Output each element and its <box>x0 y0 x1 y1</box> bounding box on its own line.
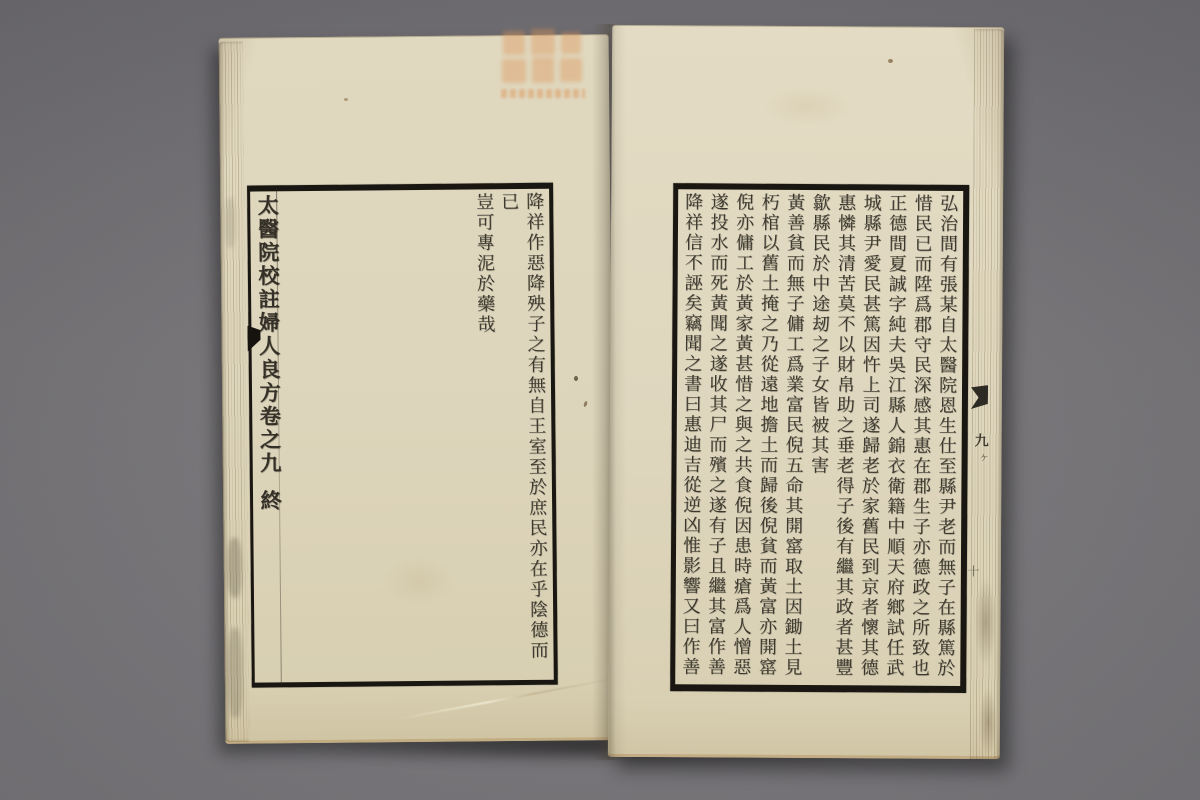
edge-stain <box>979 687 997 757</box>
left-page: 降祥作惡降殃子之有無自王室至於庶民亦在乎陰德而已 豈可專泥於藥哉 太醫院校註婦人… <box>219 34 616 744</box>
left-page-columns: 降祥作惡降殃子之有無自王室至於庶民亦在乎陰德而已 豈可專泥於藥哉 太醫院校註婦人… <box>250 189 554 683</box>
bleedthrough-smudge <box>227 628 243 718</box>
text-column: 降祥作惡降殃子之有無自王室至於庶民亦在乎陰德而已 <box>496 192 551 677</box>
text-column: 惜民已而陞爲郡守民深感其惠在郡生子亦德政之所致也 <box>906 194 934 683</box>
bleedthrough-smudge <box>227 538 242 598</box>
folio-number-ten: 十 <box>965 565 982 577</box>
text-column: 倪亦傭工於黃家黃甚惜之與之共食倪因患時瘡爲人憎惡 <box>728 193 756 682</box>
bleedthrough-smudge <box>225 198 235 248</box>
paper-speck <box>574 376 578 381</box>
left-text-frame: 降祥作惡降殃子之有無自王室至於庶民亦在乎陰德而已 豈可專泥於藥哉 太醫院校註婦人… <box>247 183 558 688</box>
right-page-columns: 弘治間有張某自太醫院恩生仕至縣尹老而無子在縣篤於 惜民已而陞爲郡守民深感其惠在郡… <box>675 189 963 686</box>
text-column: 歙縣民於中途刼之子女皆被其害 <box>804 193 832 682</box>
text-column: 黃善貧而無子傭工爲業富民倪五命其開窰取土因鋤土見 <box>779 193 807 682</box>
text-column: 朽棺以舊土掩之乃從遠地擔土而歸後倪貧而黃富亦開窰 <box>753 193 781 682</box>
paper-speck <box>888 59 893 63</box>
text-column: 豈可專泥於藥哉 <box>471 192 501 677</box>
photo-scene: 降祥作惡降殃子之有無自王室至於庶民亦在乎陰德而已 豈可專泥於藥哉 太醫院校註婦人… <box>0 0 1200 800</box>
edge-stain <box>974 577 997 667</box>
text-column: 降祥信不誣矣竊聞之書曰惠迪吉從逆凶惟影響又曰作善 <box>677 192 705 681</box>
book-spread: 降祥作惡降殃子之有無自王室至於庶民亦在乎陰德而已 豈可專泥於藥哉 太醫院校註婦人… <box>0 0 1200 800</box>
blank-area <box>279 192 476 679</box>
text-column: 城縣尹愛民甚篤因忤上司遂歸老於家舊民到京者懷其德 <box>855 193 883 682</box>
text-column: 正德間夏誠字純夫吳江縣人錦衣衛籍中順天府鄉試任武 <box>881 193 909 682</box>
page-edge-stack-right <box>970 29 1004 759</box>
fishtail-mark <box>971 385 988 409</box>
right-text-frame: 弘治間有張某自太醫院恩生仕至縣尹老而無子在縣篤於 惜民已而陞爲郡守民深感其惠在郡… <box>670 183 969 693</box>
paper-speck <box>344 98 348 101</box>
text-column: 惠憐其清苦莫不以財帛助之垂老得子後有繼其政者甚豐 <box>830 193 858 682</box>
text-column: 遂投水而死黃聞之遂收其尸而殯之遂有子且繼其富作善 <box>702 192 730 681</box>
right-page: 弘治間有張某自太醫院恩生仕至縣尹老而無子在縣篤於 惜民已而陞爲郡守民深感其惠在郡… <box>608 25 1004 759</box>
kana-reading-mark: ケ <box>978 453 991 462</box>
folio-number-nine: 九 <box>970 433 990 447</box>
foxing-stain <box>762 86 852 127</box>
text-column: 弘治間有張某自太醫院恩生仕至縣尹老而無子在縣篤於 <box>932 194 960 683</box>
